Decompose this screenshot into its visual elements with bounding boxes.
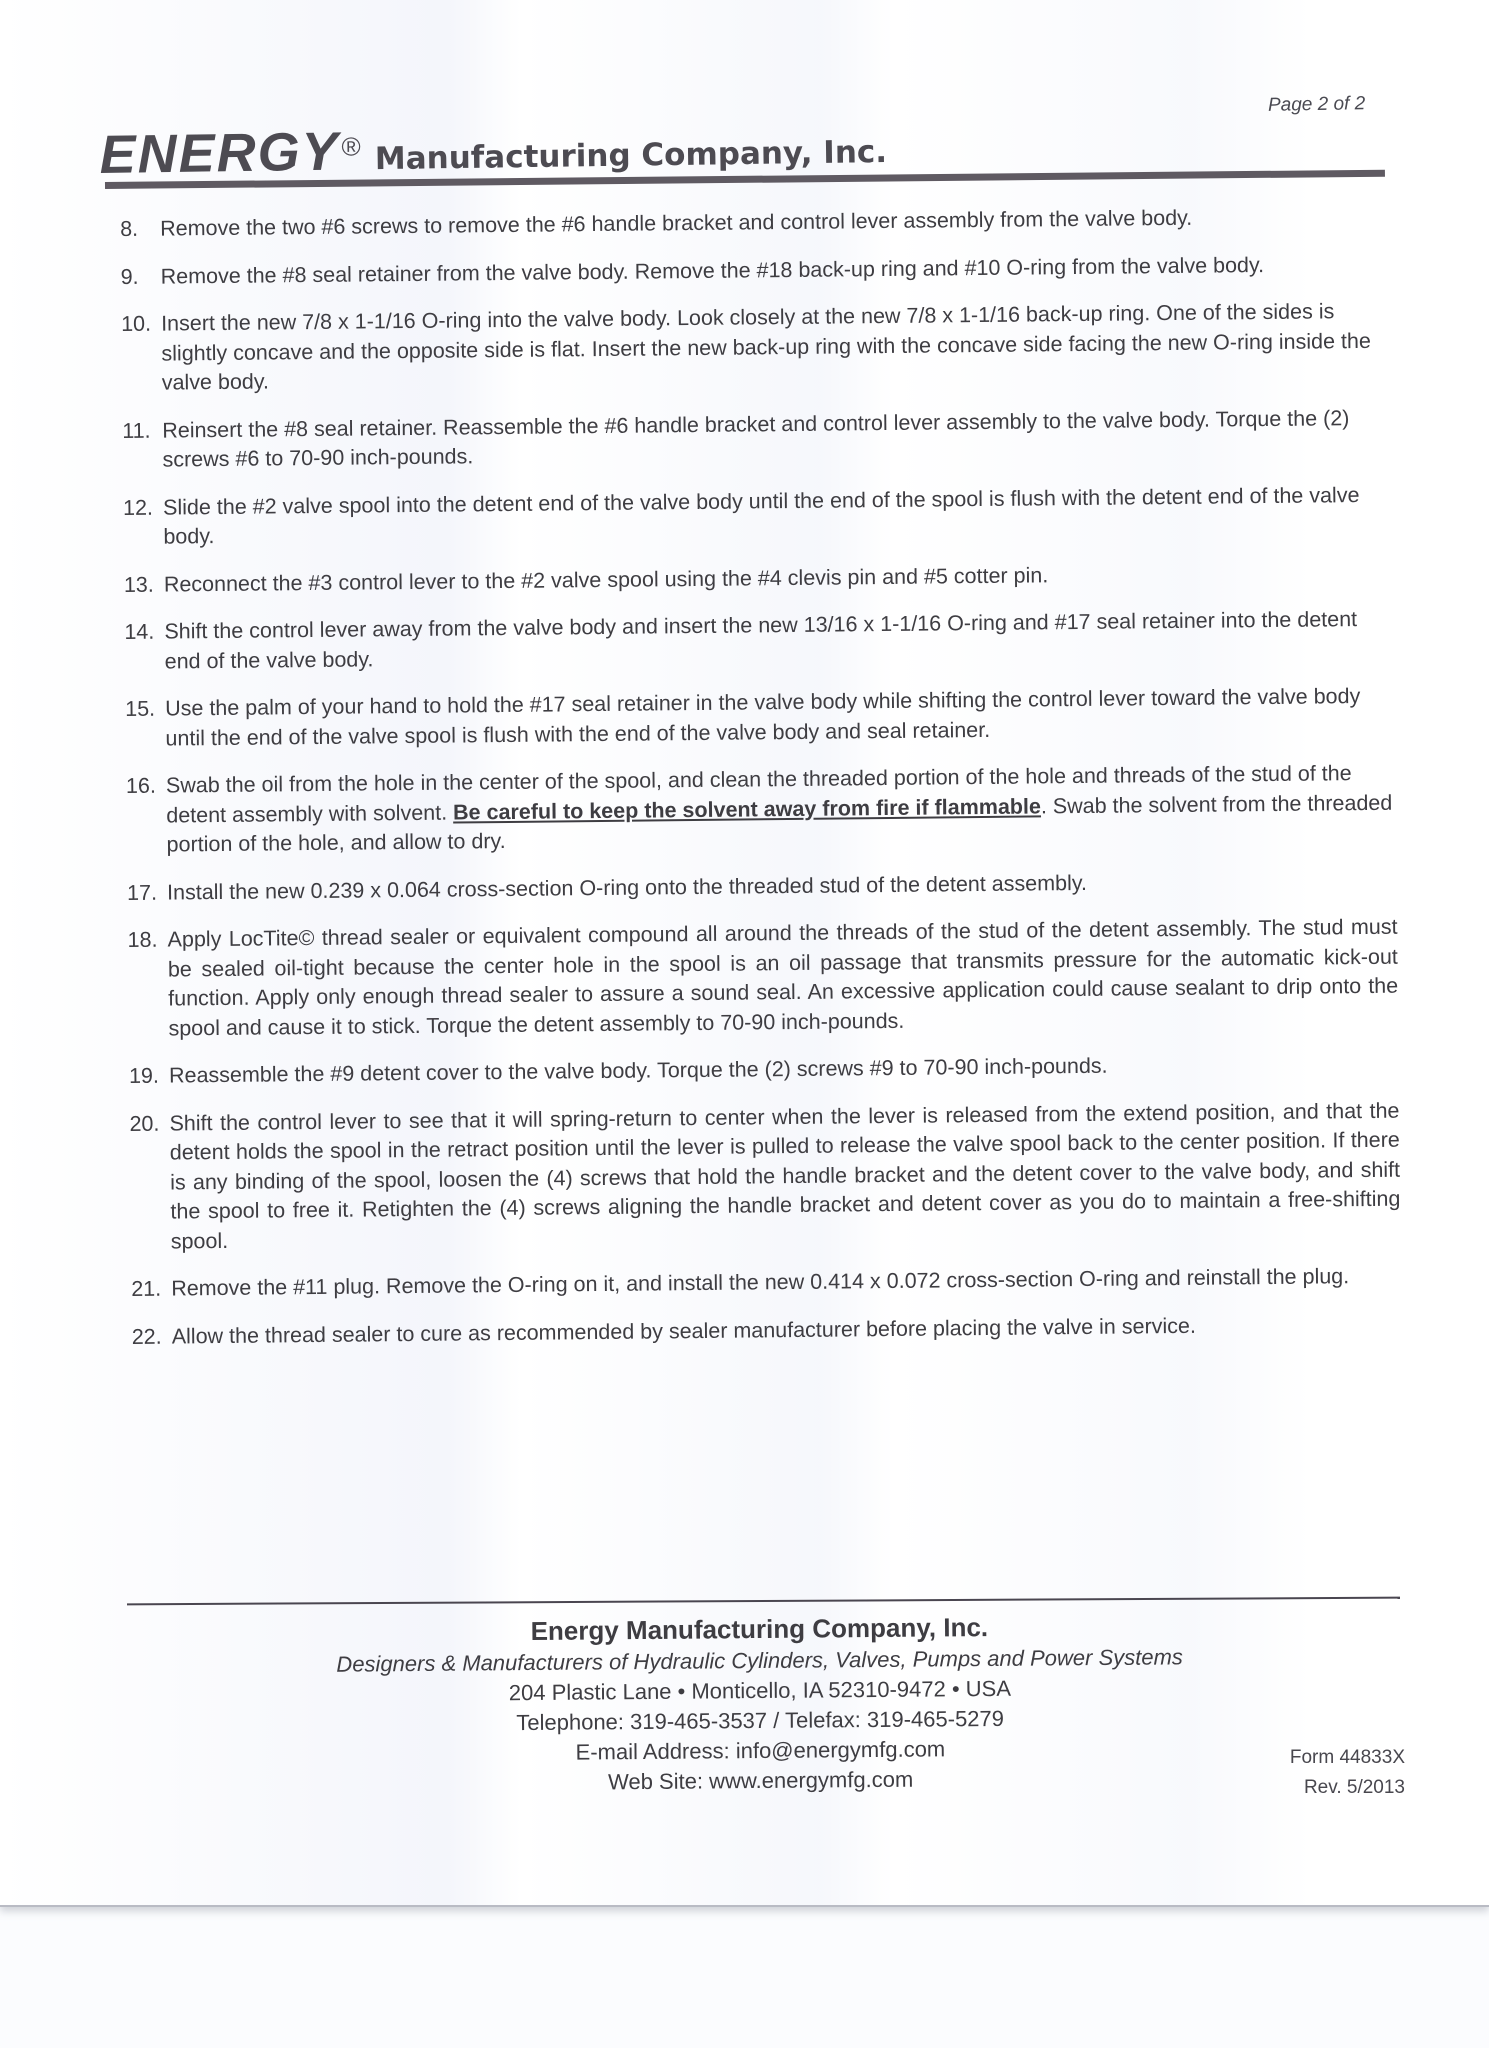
step-number: 18. [127,926,168,1044]
step-text: Use the palm of your hand to hold the #1… [165,682,1396,754]
step-13: 13. Reconnect the #3 control lever to th… [124,557,1394,600]
step-text: Remove the two #6 screws to remove the #… [160,202,1390,244]
step-text: Reassemble the #9 detent cover to the va… [169,1049,1399,1091]
instruction-steps: 8. Remove the two #6 screws to remove th… [120,202,1402,1370]
footer-divider [127,1597,1400,1606]
step-text: Shift the control lever to see that it w… [169,1096,1400,1256]
company-footer: Energy Manufacturing Company, Inc. Desig… [249,1608,1271,1801]
step-12: 12. Slide the #2 valve spool into the de… [123,480,1394,552]
step-text: Shift the control lever away from the va… [164,605,1395,677]
step-text: Reconnect the #3 control lever to the #2… [164,557,1394,599]
form-revision: Rev. 5/2013 [1280,1773,1405,1803]
step-number: 15. [125,695,166,754]
form-info: Form 44833X Rev. 5/2013 [1280,1743,1405,1803]
step-8: 8. Remove the two #6 screws to remove th… [120,202,1390,245]
step-number: 12. [123,493,164,552]
step-number: 13. [124,570,164,600]
step-number: 8. [120,215,160,245]
step-text: Swab the oil from the hole in the center… [166,759,1397,860]
registered-mark: ® [341,131,361,162]
step-number: 21. [131,1275,171,1305]
page-indicator: Page 2 of 2 [1268,93,1366,117]
step-number: 19. [129,1062,169,1092]
step-21: 21. Remove the #11 plug. Remove the O-ri… [131,1262,1401,1305]
step-22: 22. Allow the thread sealer to cure as r… [132,1309,1402,1352]
step-text: Allow the thread sealer to cure as recom… [172,1309,1402,1351]
step-text: Remove the #8 seal retainer from the val… [160,249,1390,291]
step-number: 11. [122,416,163,475]
step-16: 16. Swab the oil from the hole in the ce… [126,759,1397,861]
step-19: 19. Reassemble the #9 detent cover to th… [129,1049,1399,1092]
step-15: 15. Use the palm of your hand to hold th… [125,682,1396,754]
step-text: Remove the #11 plug. Remove the O-ring o… [171,1262,1401,1304]
step-9: 9. Remove the #8 seal retainer from the … [120,249,1390,292]
step-text: Apply LocTite© thread sealer or equivale… [167,913,1398,1044]
step-number: 20. [129,1109,171,1257]
company-name: Manufacturing Company, Inc. [375,134,888,177]
step-text: Install the new 0.239 x 0.064 cross-sect… [167,865,1397,907]
step-number: 9. [120,262,160,292]
form-number: Form 44833X [1280,1743,1405,1773]
safety-warning: Be careful to keep the solvent away from… [453,794,1041,824]
step-10: 10. Insert the new 7/8 x 1-1/16 O-ring i… [121,297,1392,399]
document-page: Page 2 of 2 ENERGY® Manufacturing Compan… [0,0,1489,1907]
step-14: 14. Shift the control lever away from th… [124,605,1395,677]
step-17: 17. Install the new 0.239 x 0.064 cross-… [127,865,1397,908]
step-text: Slide the #2 valve spool into the detent… [163,480,1394,552]
step-18: 18. Apply LocTite© thread sealer or equi… [127,913,1398,1044]
brand-logo: ENERGY [99,121,340,186]
step-number: 16. [126,772,167,861]
step-number: 14. [124,618,165,677]
step-text: Reinsert the #8 seal retainer. Reassembl… [162,403,1393,475]
step-20: 20. Shift the control lever to see that … [129,1096,1400,1257]
step-text: Insert the new 7/8 x 1-1/16 O-ring into … [161,297,1392,398]
step-11: 11. Reinsert the #8 seal retainer. Reass… [122,403,1393,475]
step-number: 17. [127,878,167,908]
step-number: 22. [132,1322,172,1352]
step-number: 10. [121,310,162,399]
